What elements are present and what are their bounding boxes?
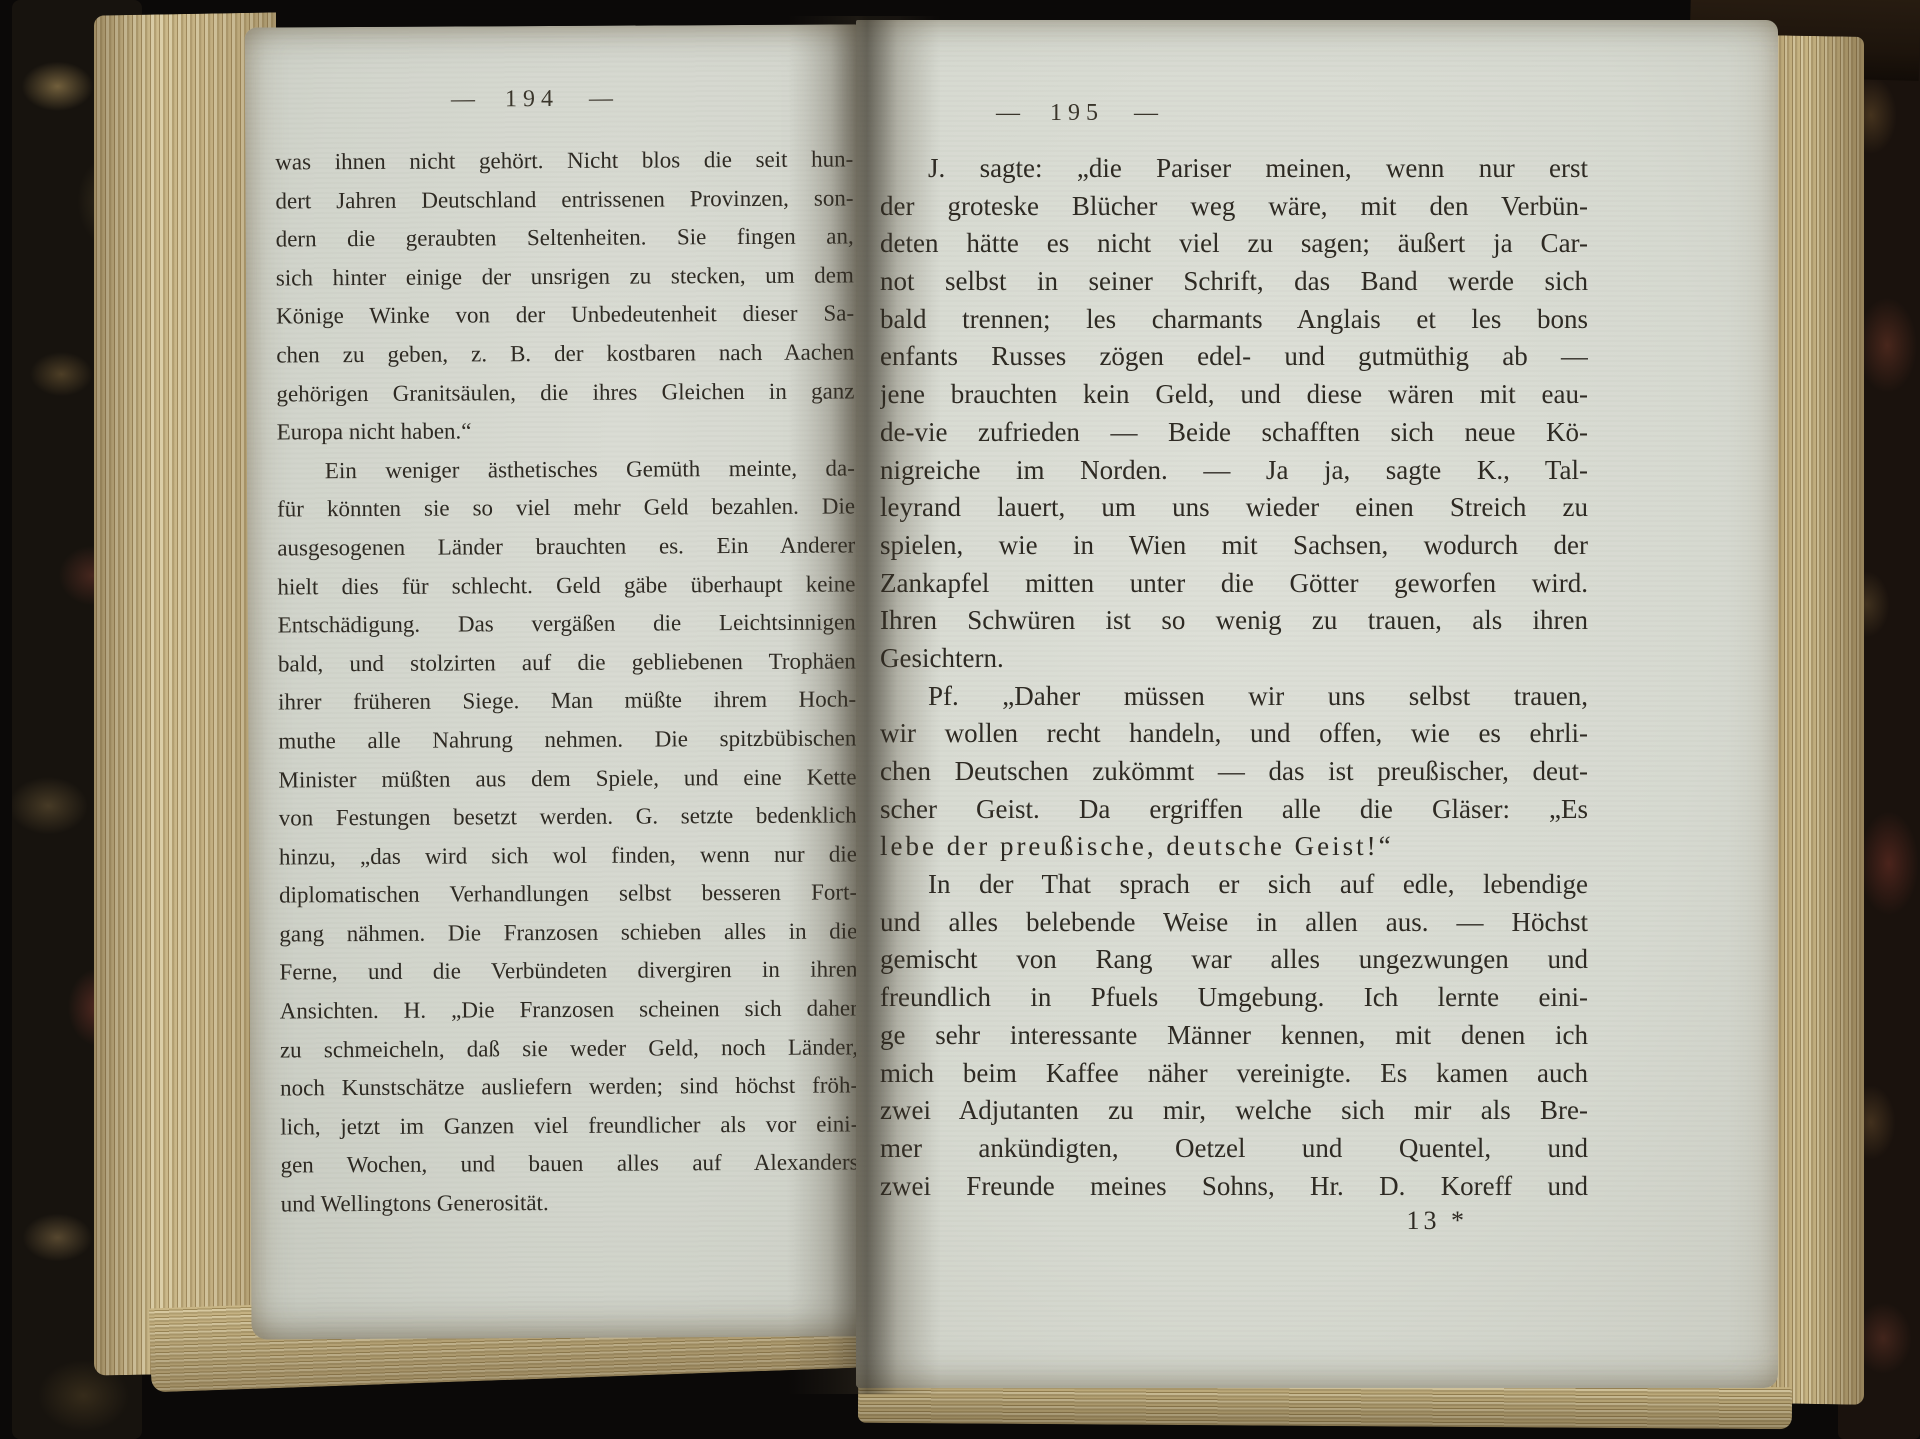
text-line: zwei Adjutanten zu mir, welche sich mir … <box>880 1092 1588 1130</box>
text-line: de-vie zufrieden — Beide schafften sich … <box>880 414 1588 452</box>
text-line: ausgesogenen Länder brauchten es. Ein An… <box>277 526 855 568</box>
text-line: scher Geist. Da ergriffen alle die Gläse… <box>880 791 1588 829</box>
text-line: Europa nicht haben.“ <box>277 411 855 453</box>
text-line: spielen, wie in Wien mit Sachsen, wodurc… <box>880 527 1588 565</box>
signature-mark: 13 * <box>880 1206 1588 1236</box>
text-line: für könnten sie so viel mehr Geld bezahl… <box>277 488 855 530</box>
text-line: dert Jahren Deutschland entrissenen Prov… <box>275 179 853 221</box>
text-line: Ein weniger ästhetisches Gemüth meinte, … <box>277 449 855 491</box>
text-line: Ihren Schwüren ist so wenig zu trauen, a… <box>880 602 1588 640</box>
left-page-text: was ihnen nicht gehört. Nicht blos die s… <box>275 140 859 1224</box>
right-page-header: — 195 — <box>996 100 1158 127</box>
text-line: noch Kunstschätze ausliefern werden; sin… <box>280 1067 858 1109</box>
header-dash: — <box>996 100 1020 127</box>
page-number: 194 <box>505 86 559 113</box>
right-page: — 195 — J. sagte: „die Pariser meinen, w… <box>856 20 1778 1388</box>
text-line: Könige Winke von der Unbedeutenheit dies… <box>276 295 854 337</box>
text-line: gen Wochen, und bauen alles auf Alexande… <box>280 1144 858 1186</box>
text-line: zu schmeicheln, daß sie weder Geld, noch… <box>280 1028 858 1070</box>
text-line: gang nähmen. Die Franzosen schieben alle… <box>279 912 857 954</box>
text-line: Pf. „Daher müssen wir uns selbst trauen, <box>880 678 1588 716</box>
text-line: diplomatischen Verhandlungen selbst bess… <box>279 874 857 916</box>
text-line: lebe der preußische, deutsche Geist!“ <box>880 828 1588 866</box>
text-line: jene brauchten kein Geld, und diese wäre… <box>880 376 1588 414</box>
text-line: von Festungen besetzt werden. G. setzte … <box>279 797 857 839</box>
left-page: — 194 — was ihnen nicht gehört. Nicht bl… <box>245 24 864 1339</box>
text-line: bald, und stolzirten auf die gebliebenen… <box>278 642 856 684</box>
text-line: deten hätte es nicht viel zu sagen; äuße… <box>880 225 1588 263</box>
book-photo: — 194 — was ihnen nicht gehört. Nicht bl… <box>0 0 1920 1439</box>
text-line: hinzu, „das wird sich wol finden, wenn n… <box>279 835 857 877</box>
text-line: ge sehr interessante Männer kennen, mit … <box>880 1017 1588 1055</box>
text-line: chen Deutschen zukömmt — das ist preußis… <box>880 753 1588 791</box>
text-line: sich hinter einige der unsrigen zu steck… <box>276 256 854 298</box>
text-line: mer ankündigten, Oetzel und Quentel, und <box>880 1130 1588 1168</box>
text-line: mich beim Kaffee näher vereinigte. Es ka… <box>880 1055 1588 1093</box>
text-line: zwei Freunde meines Sohns, Hr. D. Koreff… <box>880 1168 1588 1206</box>
text-line: Entschädigung. Das vergäßen die Leichtsi… <box>278 604 856 646</box>
text-line: In der That sprach er sich auf edle, leb… <box>880 866 1588 904</box>
text-line: gemischt von Rang war alles ungezwungen … <box>880 941 1588 979</box>
left-page-header: — 194 — <box>451 86 613 114</box>
text-line: Zankapfel mitten unter die Götter geworf… <box>880 565 1588 603</box>
text-line: hielt dies für schlecht. Geld gäbe überh… <box>277 565 855 607</box>
text-line: und Wellingtons Generosität. <box>281 1182 859 1224</box>
text-line: not selbst in seiner Schrift, das Band w… <box>880 263 1588 301</box>
bottom-right-page-edges <box>858 1381 1792 1430</box>
text-line: Gesichtern. <box>880 640 1588 678</box>
right-page-edges <box>1766 35 1864 1405</box>
text-line: dern die geraubten Seltenheiten. Sie fin… <box>276 218 854 260</box>
text-line: enfants Russes zögen edel- und gutmüthig… <box>880 338 1588 376</box>
text-line: Ansichten. H. „Die Franzosen scheinen si… <box>280 989 858 1031</box>
text-line: wir wollen recht handeln, und offen, wie… <box>880 715 1588 753</box>
header-dash: — <box>589 86 613 113</box>
text-line: muthe alle Nahrung nehmen. Die spitzbübi… <box>278 719 856 761</box>
page-number: 195 <box>1050 100 1104 127</box>
text-line: der groteske Blücher weg wäre, mit den V… <box>880 188 1588 226</box>
text-line: chen zu geben, z. B. der kostbaren nach … <box>276 333 854 375</box>
text-line: und alles belebende Weise in allen aus. … <box>880 904 1588 942</box>
text-line: nigreiche im Norden. — Ja ja, sagte K., … <box>880 452 1588 490</box>
text-line: lich, jetzt im Ganzen viel freundlicher … <box>280 1105 858 1147</box>
text-line: leyrand lauert, um uns wieder einen Stre… <box>880 489 1588 527</box>
header-dash: — <box>451 86 475 113</box>
header-dash: — <box>1134 100 1158 127</box>
text-line: freundlich in Pfuels Umgebung. Ich lernt… <box>880 979 1588 1017</box>
text-line: ihrer früheren Siege. Man müßte ihrem Ho… <box>278 681 856 723</box>
text-line: bald trennen; les charmants Anglais et l… <box>880 301 1588 339</box>
text-line: J. sagte: „die Pariser meinen, wenn nur … <box>880 150 1588 188</box>
right-page-text: J. sagte: „die Pariser meinen, wenn nur … <box>880 150 1588 1205</box>
text-line: gehörigen Granitsäulen, die ihres Gleich… <box>276 372 854 414</box>
text-line: was ihnen nicht gehört. Nicht blos die s… <box>275 140 853 182</box>
text-line: Ferne, und die Verbündeten divergiren in… <box>279 951 857 993</box>
text-line: Minister müßten aus dem Spiele, und eine… <box>278 758 856 800</box>
